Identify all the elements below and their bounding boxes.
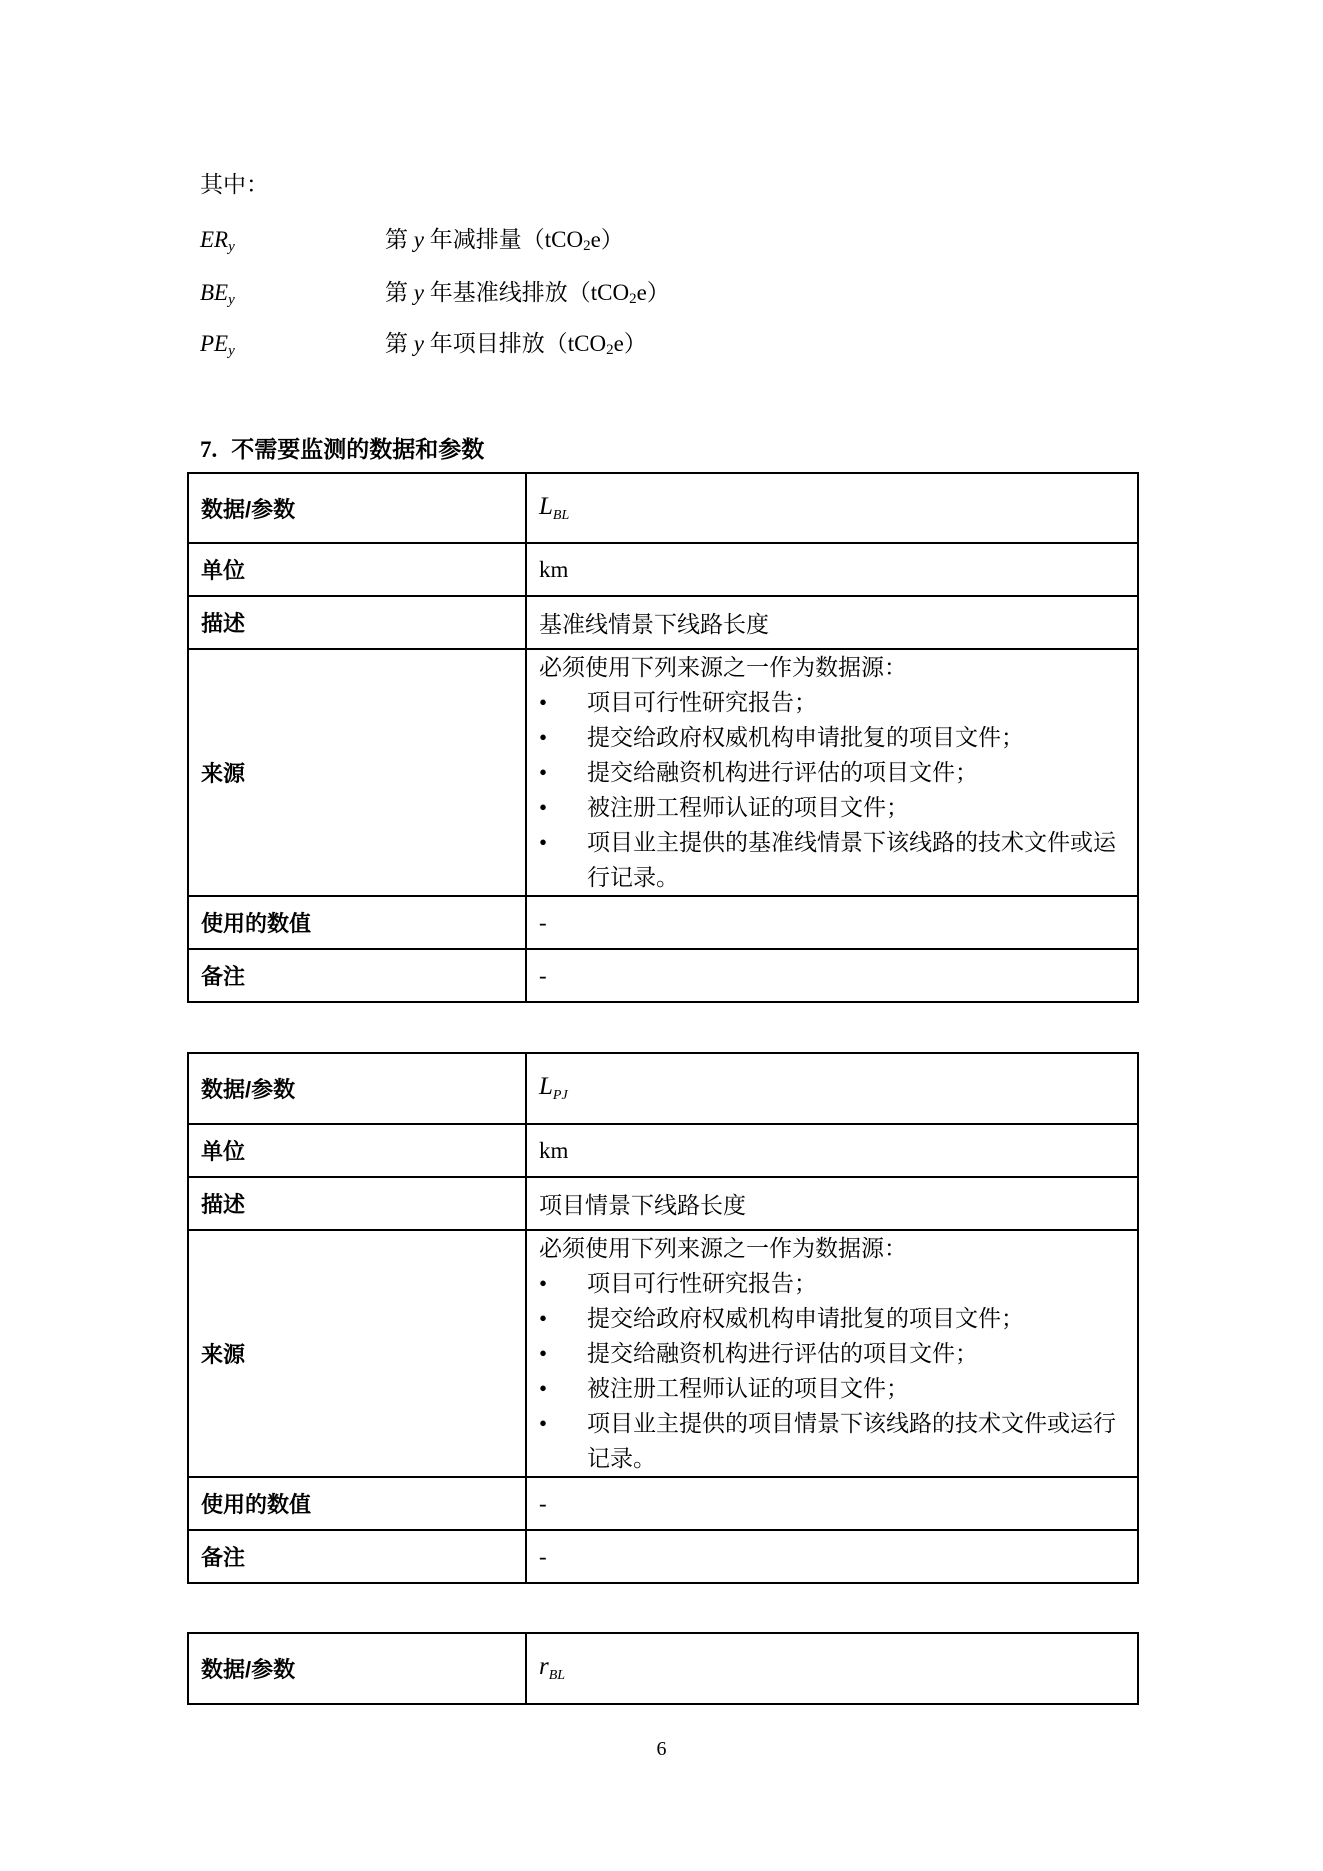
source-list: •项目可行性研究报告； •提交给政府权威机构申请批复的项目文件； •提交给融资机… bbox=[539, 1266, 1125, 1476]
value-used: - bbox=[526, 896, 1138, 949]
list-item: •项目业主提供的基准线情景下该线路的技术文件或运行记录。 bbox=[539, 825, 1125, 895]
remarks-value: - bbox=[526, 1530, 1138, 1583]
label-param: 数据/参数 bbox=[188, 1633, 526, 1704]
table-row: 数据/参数 rBL bbox=[188, 1633, 1138, 1704]
bullet-icon: • bbox=[539, 1336, 547, 1371]
source-list: •项目可行性研究报告； •提交给政府权威机构申请批复的项目文件； •提交给融资机… bbox=[539, 685, 1125, 895]
param-symbol: LBL bbox=[526, 473, 1138, 543]
source-intro: 必须使用下列来源之一作为数据源： bbox=[539, 650, 1125, 685]
label-unit: 单位 bbox=[188, 1124, 526, 1177]
bullet-icon: • bbox=[539, 1301, 547, 1336]
table-row: 描述 项目情景下线路长度 bbox=[188, 1177, 1138, 1230]
list-item: •被注册工程师认证的项目文件； bbox=[539, 1371, 1125, 1406]
label-param: 数据/参数 bbox=[188, 1053, 526, 1124]
symbol: BEy bbox=[200, 278, 235, 315]
table-row: 数据/参数 LBL bbox=[188, 473, 1138, 543]
bullet-icon: • bbox=[539, 1371, 547, 1406]
table-row: 描述 基准线情景下线路长度 bbox=[188, 596, 1138, 649]
definition-be: BEy 第 y 年基准线排放（tCO2e） bbox=[200, 278, 1100, 308]
label-value-used: 使用的数值 bbox=[188, 1477, 526, 1530]
param-table-rbl: 数据/参数 rBL bbox=[187, 1632, 1139, 1705]
description-value: 项目情景下线路长度 bbox=[526, 1177, 1138, 1230]
section-number: 7. bbox=[200, 437, 217, 462]
label-value-used: 使用的数值 bbox=[188, 896, 526, 949]
param-symbol: rBL bbox=[526, 1633, 1138, 1704]
bullet-icon: • bbox=[539, 1406, 547, 1441]
bullet-icon: • bbox=[539, 825, 547, 860]
bullet-icon: • bbox=[539, 685, 547, 720]
page-number: 6 bbox=[0, 1738, 1323, 1761]
table-row: 备注 - bbox=[188, 1530, 1138, 1583]
list-item: •提交给融资机构进行评估的项目文件； bbox=[539, 755, 1125, 790]
bullet-icon: • bbox=[539, 1266, 547, 1301]
source-value: 必须使用下列来源之一作为数据源： •项目可行性研究报告； •提交给政府权威机构申… bbox=[526, 649, 1138, 896]
table-row: 使用的数值 - bbox=[188, 896, 1138, 949]
source-value: 必须使用下列来源之一作为数据源： •项目可行性研究报告； •提交给政府权威机构申… bbox=[526, 1230, 1138, 1477]
label-description: 描述 bbox=[188, 596, 526, 649]
label-unit: 单位 bbox=[188, 543, 526, 596]
bullet-icon: • bbox=[539, 720, 547, 755]
list-item: •项目可行性研究报告； bbox=[539, 1266, 1125, 1301]
intro-label: 其中： bbox=[200, 170, 269, 200]
label-param: 数据/参数 bbox=[188, 473, 526, 543]
table-row: 备注 - bbox=[188, 949, 1138, 1002]
table-row: 单位 km bbox=[188, 543, 1138, 596]
bullet-icon: • bbox=[539, 755, 547, 790]
definition-er: ERy 第 y 年减排量（tCO2e） bbox=[200, 225, 1100, 255]
param-table-lpj: 数据/参数 LPJ 单位 km 描述 项目情景下线路长度 来源 必须使用下列来源… bbox=[187, 1052, 1139, 1584]
list-item: •被注册工程师认证的项目文件； bbox=[539, 790, 1125, 825]
source-intro: 必须使用下列来源之一作为数据源： bbox=[539, 1231, 1125, 1266]
section-title: 不需要监测的数据和参数 bbox=[231, 436, 484, 462]
symbol: ERy bbox=[200, 225, 235, 262]
list-item: •项目可行性研究报告； bbox=[539, 685, 1125, 720]
symbol: PEy bbox=[200, 329, 235, 366]
table-row: 单位 km bbox=[188, 1124, 1138, 1177]
list-item: •提交给政府权威机构申请批复的项目文件； bbox=[539, 720, 1125, 755]
section-heading: 7.不需要监测的数据和参数 bbox=[200, 434, 484, 465]
definition-text: 第 y 年项目排放（tCO2e） bbox=[385, 329, 647, 365]
param-table-lbl: 数据/参数 LBL 单位 km 描述 基准线情景下线路长度 来源 必须使用下列来… bbox=[187, 472, 1139, 1003]
param-symbol: LPJ bbox=[526, 1053, 1138, 1124]
definition-pe: PEy 第 y 年项目排放（tCO2e） bbox=[200, 329, 1100, 359]
label-source: 来源 bbox=[188, 1230, 526, 1477]
bullet-icon: • bbox=[539, 790, 547, 825]
label-description: 描述 bbox=[188, 1177, 526, 1230]
list-item: •提交给融资机构进行评估的项目文件； bbox=[539, 1336, 1125, 1371]
list-item: •提交给政府权威机构申请批复的项目文件； bbox=[539, 1301, 1125, 1336]
value-used: - bbox=[526, 1477, 1138, 1530]
table-row: 来源 必须使用下列来源之一作为数据源： •项目可行性研究报告； •提交给政府权威… bbox=[188, 649, 1138, 896]
remarks-value: - bbox=[526, 949, 1138, 1002]
definition-text: 第 y 年基准线排放（tCO2e） bbox=[385, 278, 670, 314]
table-row: 数据/参数 LPJ bbox=[188, 1053, 1138, 1124]
definition-text: 第 y 年减排量（tCO2e） bbox=[385, 225, 624, 261]
table-row: 来源 必须使用下列来源之一作为数据源： •项目可行性研究报告； •提交给政府权威… bbox=[188, 1230, 1138, 1477]
unit-value: km bbox=[526, 543, 1138, 596]
table-row: 使用的数值 - bbox=[188, 1477, 1138, 1530]
unit-value: km bbox=[526, 1124, 1138, 1177]
description-value: 基准线情景下线路长度 bbox=[526, 596, 1138, 649]
list-item: •项目业主提供的项目情景下该线路的技术文件或运行记录。 bbox=[539, 1406, 1125, 1476]
label-source: 来源 bbox=[188, 649, 526, 896]
label-remarks: 备注 bbox=[188, 1530, 526, 1583]
label-remarks: 备注 bbox=[188, 949, 526, 1002]
